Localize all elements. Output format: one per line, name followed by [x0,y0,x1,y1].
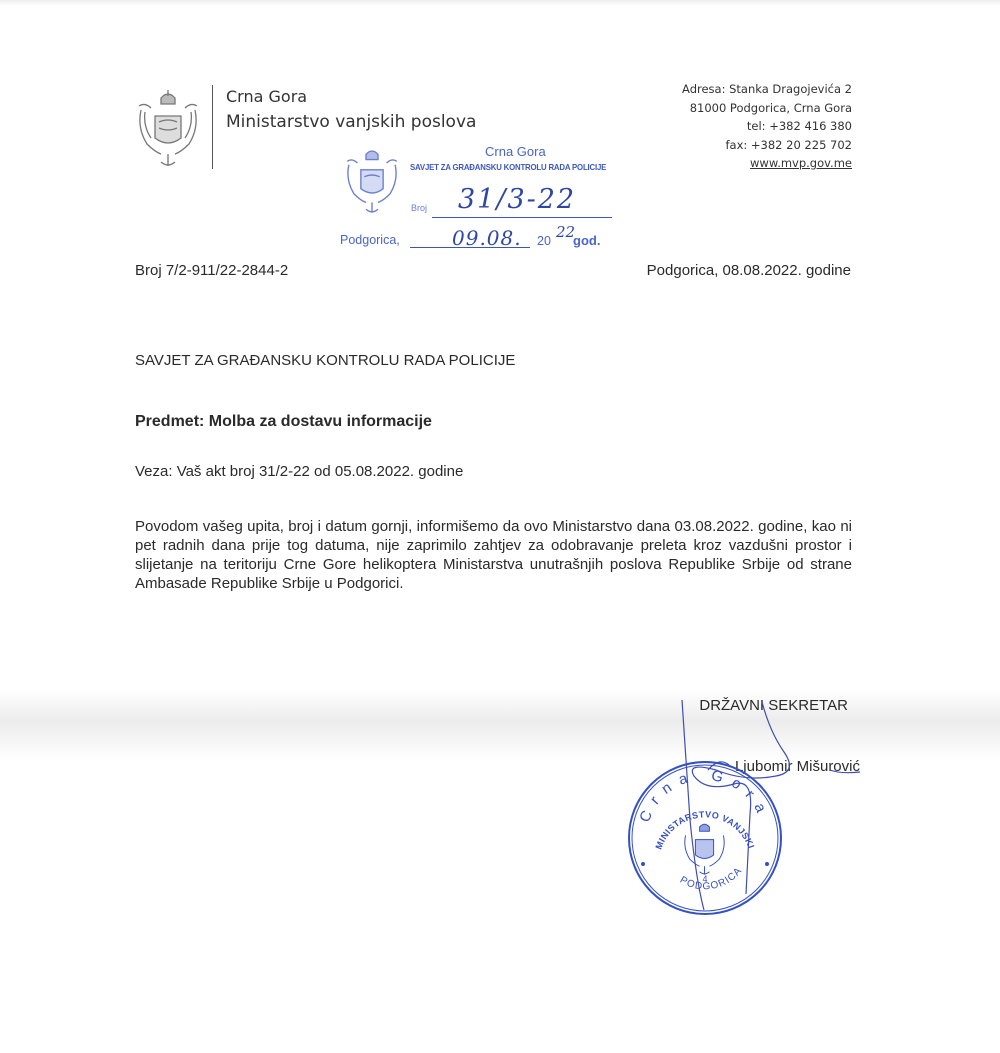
recipient: SAVJET ZA GRAĐANSKU KONTROLU RADA POLICI… [135,352,515,369]
page-edge-shadow [0,0,1000,6]
stamp-country: Crna Gora [485,144,546,159]
stamp-date-handwritten: 09.08. [452,226,522,250]
body-paragraph: Povodom vašeg upita, broj i datum gornji… [135,517,852,593]
address-city: 81000 Podgorica, Crna Gora [682,99,852,118]
country-name: Crna Gora [226,86,476,108]
fax-number: fax: +382 20 225 702 [682,136,852,155]
handwritten-signature [600,690,880,920]
subject-line: Predmet: Molba za dostavu informacije [135,413,432,431]
stamp-coat-of-arms-icon [342,144,402,218]
stamp-number-handwritten: 31/3-22 [458,184,576,215]
letterhead-divider [212,85,213,169]
stamp-year-prefix: 20 [537,234,551,248]
phone-number: tel: +382 416 380 [682,117,852,136]
reference-number: Broj 7/2-911/22-2844-2 [135,262,288,279]
stamp-year-suffix: god. [573,233,600,248]
address-street: Adresa: Stanka Dragojevića 2 [682,80,852,99]
stamp-city-label: Podgorica, [340,233,400,247]
stamp-number-line [432,217,612,218]
ministry-name: Ministarstvo vanjskih poslova [226,108,476,136]
contact-address-block: Adresa: Stanka Dragojevića 2 81000 Podgo… [682,80,852,173]
receipt-stamp: Crna Gora SAVJET ZA GRAĐANSKU KONTROLU R… [340,140,620,255]
stamp-organization: SAVJET ZA GRAĐANSKU KONTROLU RADA POLICI… [410,162,606,172]
place-and-date: Podgorica, 08.08.2022. godine [647,262,851,279]
stamp-number-label: Broj [411,203,427,213]
related-reference: Veza: Vaš akt broj 31/2-22 od 05.08.2022… [135,463,463,480]
coat-of-arms-icon [133,88,203,170]
letterhead-title: Crna Gora Ministarstvo vanjskih poslova [226,86,476,136]
website-link[interactable]: www.mvp.gov.me [682,154,852,173]
